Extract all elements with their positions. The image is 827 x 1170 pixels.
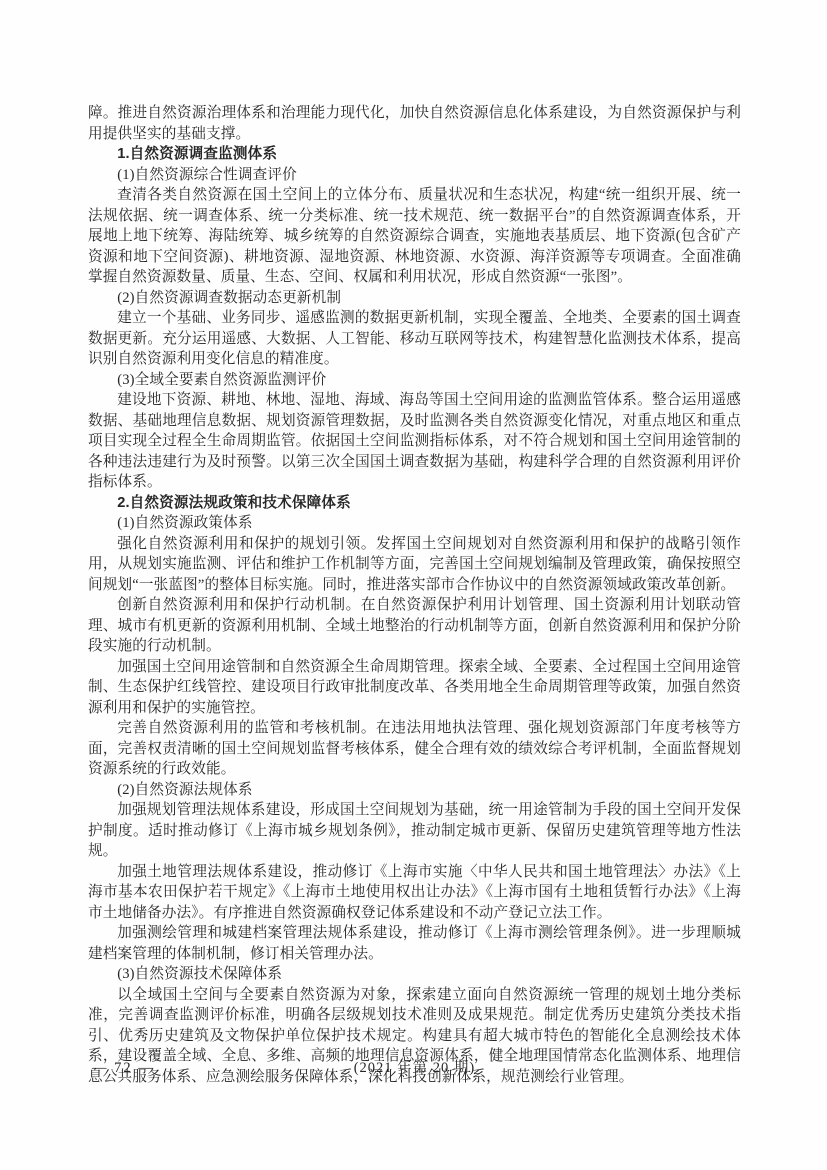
paragraph: 加强规划管理法规体系建设，形成国土空间规划为基础，统一用途管制为手段的国土空间开… [88, 800, 741, 862]
document-page: 障。推进自然资源治理体系和治理能力现代化，加快自然资源信息化体系建设，为自然资源… [0, 0, 827, 1170]
paragraph: 障。推进自然资源治理体系和治理能力现代化，加快自然资源信息化体系建设，为自然资源… [88, 103, 741, 144]
page-footer: — 72 — (2021 年第 20 期) [88, 1058, 741, 1078]
paragraph: 建设地下资源、耕地、林地、湿地、海域、海岛等国土空间用途的监测监管体系。整合运用… [88, 390, 741, 493]
document-body: 障。推进自然资源治理体系和治理能力现代化，加快自然资源信息化体系建设，为自然资源… [88, 103, 741, 1087]
paragraph: 建立一个基础、业务同步、遥感监测的数据更新机制，实现全覆盖、全地类、全要素的国土… [88, 308, 741, 370]
issue-label: (2021 年第 20 期) [88, 1058, 741, 1078]
paragraph: 加强土地管理法规体系建设，推动修订《上海市实施〈中华人民共和国土地管理法〉办法》… [88, 862, 741, 924]
section-heading: (1)自然资源政策体系 [88, 513, 741, 534]
section-heading: (2)自然资源调查数据动态更新机制 [88, 288, 741, 309]
paragraph: 创新自然资源利用和保护行动机制。在自然资源保护利用计划管理、国土资源利用计划联动… [88, 595, 741, 657]
paragraph: 强化自然资源利用和保护的规划引领。发挥国土空间规划对自然资源利用和保护的战略引领… [88, 534, 741, 596]
section-heading: (1)自然资源综合性调查评价 [88, 165, 741, 186]
section-heading: (2)自然资源法规体系 [88, 780, 741, 801]
section-heading: (3)自然资源技术保障体系 [88, 964, 741, 985]
paragraph: 完善自然资源利用的监管和考核机制。在违法用地执法管理、强化规划资源部门年度考核等… [88, 718, 741, 780]
paragraph: 查清各类自然资源在国土空间上的立体分布、质量状况和生态状况，构建“统一组织开展、… [88, 185, 741, 288]
section-heading: (3)全域全要素自然资源监测评价 [88, 370, 741, 391]
paragraph: 加强测绘管理和城建档案管理法规体系建设，推动修订《上海市测绘管理条例》。进一步理… [88, 923, 741, 964]
section-heading: 1.自然资源调查监测体系 [88, 144, 741, 165]
paragraph: 加强国土空间用途管制和自然资源全生命周期管理。探索全域、全要素、全过程国土空间用… [88, 657, 741, 719]
page-number: — 72 — [92, 1058, 155, 1078]
section-heading: 2.自然资源法规政策和技术保障体系 [88, 493, 741, 514]
